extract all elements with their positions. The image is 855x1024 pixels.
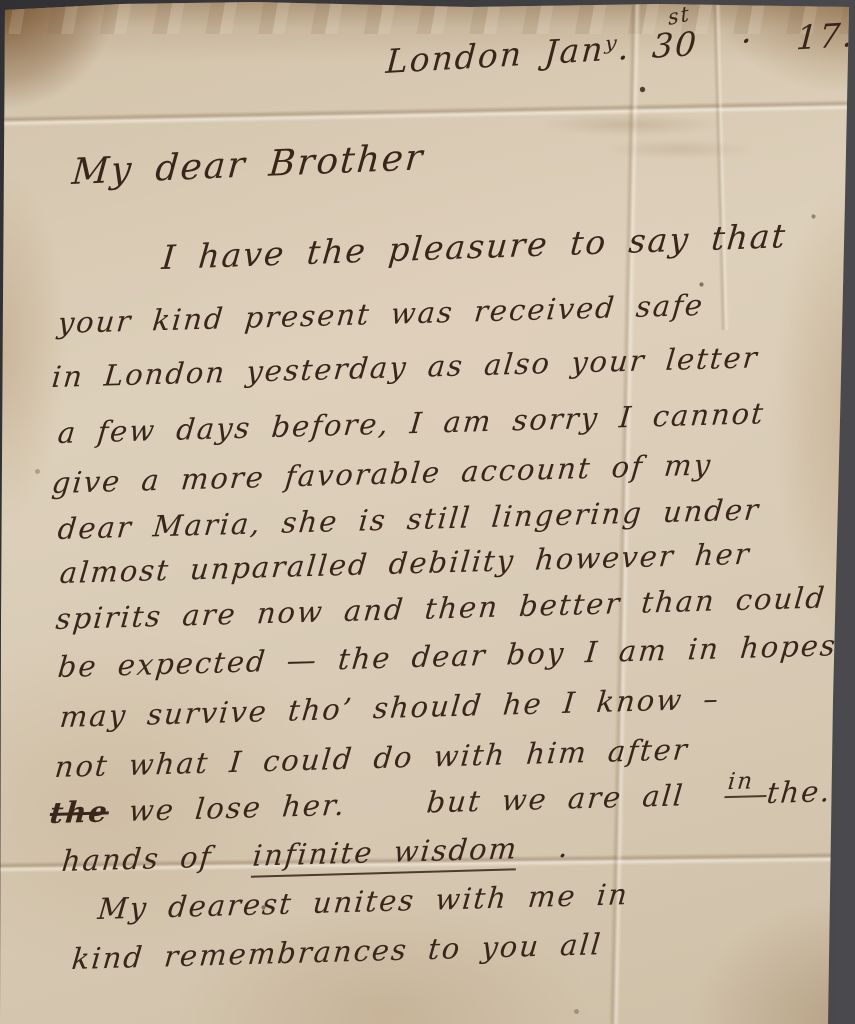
handwritten-line: your kind present was received safe bbox=[56, 288, 705, 340]
heading-place-date: London Janʸ. 30 · 17. bbox=[385, 15, 855, 81]
handwritten-line: give a more favorable account of my bbox=[50, 448, 713, 501]
ink-specks bbox=[0, 0, 3, 3]
struck-out-word: the bbox=[48, 794, 110, 830]
inserted-word-above-line: in bbox=[724, 768, 769, 798]
letter-photo: st London Janʸ. 30 · 17. My dear Brother… bbox=[0, 0, 855, 1024]
handwritten-line: almost unparalled debility however her bbox=[58, 537, 752, 590]
handwritten-line-with-correction: the we lose her. but we are all inthe. bbox=[48, 774, 833, 830]
line-end: . bbox=[517, 830, 572, 866]
handwritten-line-with-underline: hands of infinite wisdom . bbox=[60, 830, 571, 878]
handwritten-line: My dearest unites with me in bbox=[96, 877, 630, 926]
handwritten-line: I have the pleasure to say that bbox=[160, 216, 788, 277]
letter-paper: st London Janʸ. 30 · 17. My dear Brother… bbox=[0, 0, 855, 1024]
handwritten-line: may survive tho’ should he I know – bbox=[58, 682, 721, 735]
line-text: hands of bbox=[60, 839, 254, 878]
salutation: My dear Brother bbox=[70, 137, 426, 193]
handwritten-line: a few days before, I am sorry I cannot bbox=[56, 396, 766, 450]
handwritten-line: spirits are now and then better than cou… bbox=[54, 580, 827, 636]
line-end: the. bbox=[765, 774, 833, 810]
handwritten-line: dear Maria, she is still lingering under bbox=[56, 492, 761, 546]
handwritten-text: st London Janʸ. 30 · 17. My dear Brother… bbox=[0, 0, 855, 1024]
underlined-phrase: infinite wisdom bbox=[251, 831, 520, 878]
line-text: we lose her. but we are all bbox=[107, 777, 726, 828]
handwritten-line: kind remembrances to you all bbox=[70, 927, 603, 976]
handwritten-line: in London yesterday as also your letter bbox=[50, 340, 760, 394]
handwritten-line: not what I could do with him after bbox=[53, 732, 690, 784]
handwritten-line: be expected — the dear boy I am in hopes bbox=[56, 628, 838, 684]
